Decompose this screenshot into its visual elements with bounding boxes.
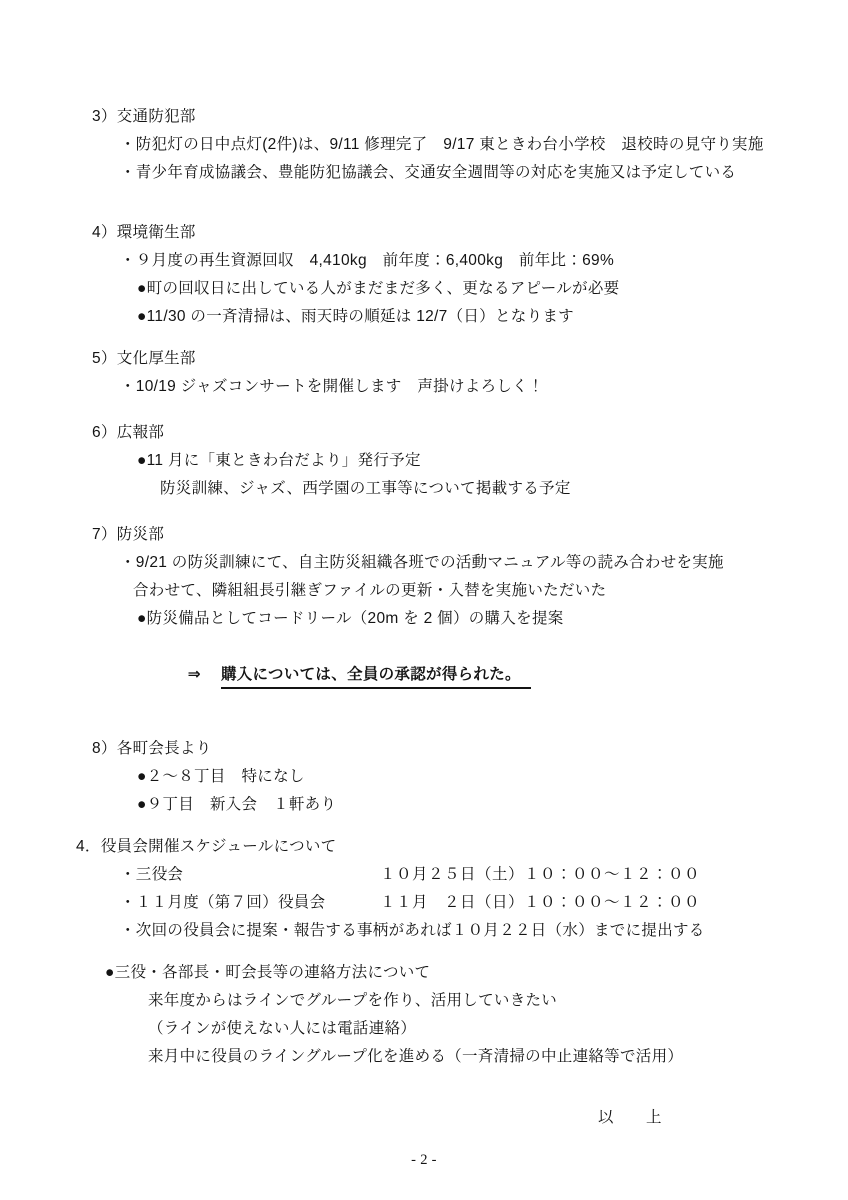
note-line: 来月中に役員のライングループ化を進める（一斉清掃の中止連絡等で活用） bbox=[0, 1043, 848, 1071]
page-number: - 2 - bbox=[0, 1146, 848, 1174]
section-disaster-prevention: 7）防災部 ・9/21 の防災訓練にて、自主防災組織各班での活動マニュアル等の読… bbox=[0, 521, 848, 717]
agenda-heading: 4．役員会開催スケジュールについて bbox=[0, 833, 848, 861]
report-bullet: ●11/30 の一斉清掃は、雨天時の順延は 12/7（日）となります bbox=[0, 303, 848, 331]
report-bullet: ●町の回収日に出している人がまだまだ多く、更なるアピールが必要 bbox=[0, 275, 848, 303]
note-line: 来年度からはラインでグループを作り、活用していきたい bbox=[0, 987, 848, 1015]
section-environment-health: 4）環境衛生部 ・９月度の再生資源回収 4,410kg 前年度：6,400kg … bbox=[0, 219, 848, 331]
section-heading: 7）防災部 bbox=[0, 521, 848, 549]
schedule-row: ・三役会 １０月２５日（土）１０：００～１２：００ bbox=[0, 861, 848, 889]
report-line: ・９月度の再生資源回収 4,410kg 前年度：6,400kg 前年比：69% bbox=[0, 247, 848, 275]
section-traffic-crime-prevention: 3）交通防犯部 ・防犯灯の日中点灯(2件)は、9/11 修理完了 9/17 東と… bbox=[0, 103, 848, 187]
note-heading: ●三役・各部長・町会長等の連絡方法について bbox=[0, 959, 848, 987]
report-line: ・防犯灯の日中点灯(2件)は、9/11 修理完了 9/17 東ときわ台小学校 退… bbox=[0, 131, 848, 159]
section-heading: 5）文化厚生部 bbox=[0, 345, 848, 373]
schedule-datetime: １０月２５日（土）１０：００～１２：００ bbox=[380, 861, 700, 889]
report-line: ・青少年育成協議会、豊能防犯協議会、交通安全週間等の対応を実施又は予定している bbox=[0, 159, 848, 187]
section-heading: 8）各町会長より bbox=[0, 735, 848, 763]
note-line: （ラインが使えない人には電話連絡） bbox=[0, 1015, 848, 1043]
arrow-right-icon: ⇒ bbox=[188, 666, 201, 683]
section-heading: 6）広報部 bbox=[0, 419, 848, 447]
section-heading: 4）環境衛生部 bbox=[0, 219, 848, 247]
report-bullet: ●２～８丁目 特になし bbox=[0, 763, 848, 791]
schedule-row: ・１１月度（第７回）役員会 １１月 ２日（日）１０：００～１２：００ bbox=[0, 889, 848, 917]
deadline-note: ・次回の役員会に提案・報告する事柄があれば１０月２２日（水）までに提出する bbox=[0, 917, 848, 945]
schedule-label: ・１１月度（第７回）役員会 bbox=[120, 889, 380, 917]
report-subline: 防災訓練、ジャズ、西学園の工事等について掲載する予定 bbox=[0, 475, 848, 503]
section-culture-welfare: 5）文化厚生部 ・10/19 ジャズコンサートを開催します 声掛けよろしく！ bbox=[0, 345, 848, 401]
schedule-label: ・三役会 bbox=[120, 861, 380, 889]
report-line-continuation: 合わせて、隣組組長引継ぎファイルの更新・入替を実施いただいた bbox=[0, 577, 848, 605]
section-public-relations: 6）広報部 ●11 月に「東ときわ台だより」発行予定 防災訓練、ジャズ、西学園の… bbox=[0, 419, 848, 503]
report-bullet: ●11 月に「東ときわ台だより」発行予定 bbox=[0, 447, 848, 475]
report-bullet: ●９丁目 新入会 １軒あり bbox=[0, 791, 848, 819]
section-block-chairpersons: 8）各町会長より ●２～８丁目 特になし ●９丁目 新入会 １軒あり bbox=[0, 735, 848, 819]
section-contact-method-note: ●三役・各部長・町会長等の連絡方法について 来年度からはラインでグループを作り、… bbox=[0, 959, 848, 1071]
decision-line: ⇒購入については、全員の承認が得られた。 bbox=[0, 633, 848, 717]
section-heading: 3）交通防犯部 bbox=[0, 103, 848, 131]
report-line: ・10/19 ジャズコンサートを開催します 声掛けよろしく！ bbox=[0, 373, 848, 401]
minutes-page-2: 3）交通防犯部 ・防犯灯の日中点灯(2件)は、9/11 修理完了 9/17 東と… bbox=[0, 0, 848, 1174]
closing-statement: 以 上 bbox=[0, 1104, 848, 1132]
report-line: ・9/21 の防災訓練にて、自主防災組織各班での活動マニュアル等の読み合わせを実… bbox=[0, 549, 848, 577]
schedule-datetime: １１月 ２日（日）１０：００～１２：００ bbox=[380, 889, 700, 917]
report-bullet: ●防災備品としてコードリール（20m を 2 個）の購入を提案 bbox=[0, 605, 848, 633]
decision-text: 購入については、全員の承認が得られた。 bbox=[221, 663, 531, 689]
section-board-meeting-schedule: 4．役員会開催スケジュールについて ・三役会 １０月２５日（土）１０：００～１２… bbox=[0, 833, 848, 945]
